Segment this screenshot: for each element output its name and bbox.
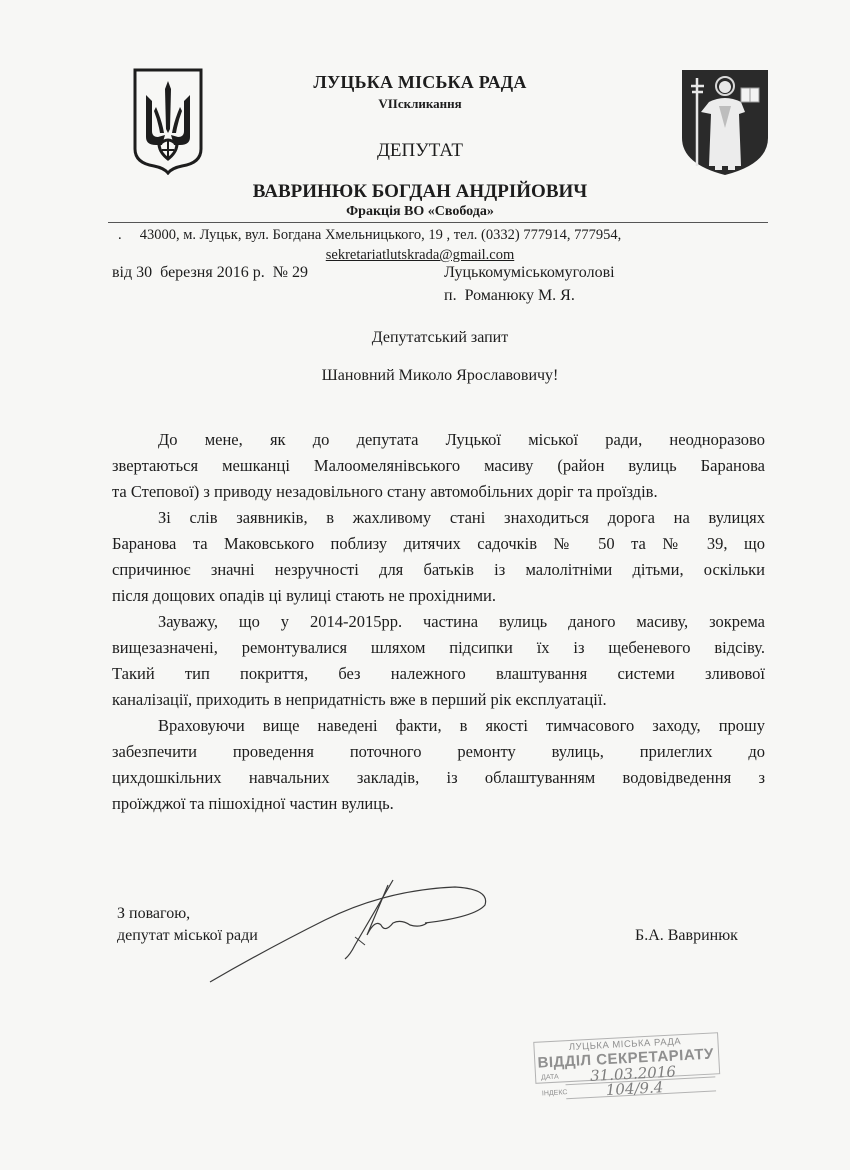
paragraph-4: Враховуючи вище наведені факти, в якості… (112, 713, 765, 817)
letter-body: До мене, як до депутата Луцької міської … (112, 427, 765, 817)
coat-of-arms-ukraine-icon (132, 67, 204, 175)
role-title: ДЕПУТАТ (250, 140, 590, 162)
registration-stamp: ЛУЦЬКА МІСЬКА РАДА ВІДДІЛ СЕКРЕТАРІАТУ Д… (533, 1032, 722, 1114)
address-line: . 43000, м. Луцьк, вул. Богдана Хмельниц… (118, 227, 621, 244)
stamp-date-label: ДАТА (541, 1074, 559, 1082)
deputy-name: ВАВРИНЮК БОГДАН АНДРІЙОВИЧ (160, 181, 680, 203)
coat-of-arms-lutsk-icon (679, 66, 771, 178)
closing-regards: З повагою, (117, 905, 190, 923)
stamp-index-label: ІНДЕКС (542, 1089, 568, 1097)
document-subject: Депутатський запит (100, 329, 780, 347)
greeting: Шановний Миколо Ярославовичу! (100, 367, 780, 385)
paragraph-3: Зауважу, що у 2014-2015рр. частина вулиц… (112, 609, 765, 713)
paragraph-1: До мене, як до депутата Луцької міської … (112, 427, 765, 505)
signer-name: Б.А. Вавринюк (635, 927, 738, 945)
letter-page: ЛУЦЬКА МІСЬКА РАДА VIIскликання ДЕПУТАТ … (0, 0, 850, 1170)
convocation-label: VIIскликання (250, 96, 590, 112)
council-title: ЛУЦЬКА МІСЬКА РАДА (250, 72, 590, 93)
signature-icon (205, 875, 495, 985)
faction-label: Фракція ВО «Свобода» (160, 204, 680, 220)
reference-date-number: від 30 березня 2016 р. № 29 (112, 264, 308, 282)
addressee-title: Луцькомуміськомуголові (444, 264, 615, 282)
addressee-name: п. Романюку М. Я. (444, 287, 575, 305)
paragraph-2: Зі слів заявників, в жахливому стані зна… (112, 505, 765, 609)
email-link[interactable]: sekretariatlutskrada@gmail.com (326, 247, 515, 263)
header-divider (108, 222, 768, 223)
email-line: sekretariatlutskrada@gmail.com (160, 247, 680, 264)
stamp-index-value: 104/9.4 (605, 1078, 663, 1099)
